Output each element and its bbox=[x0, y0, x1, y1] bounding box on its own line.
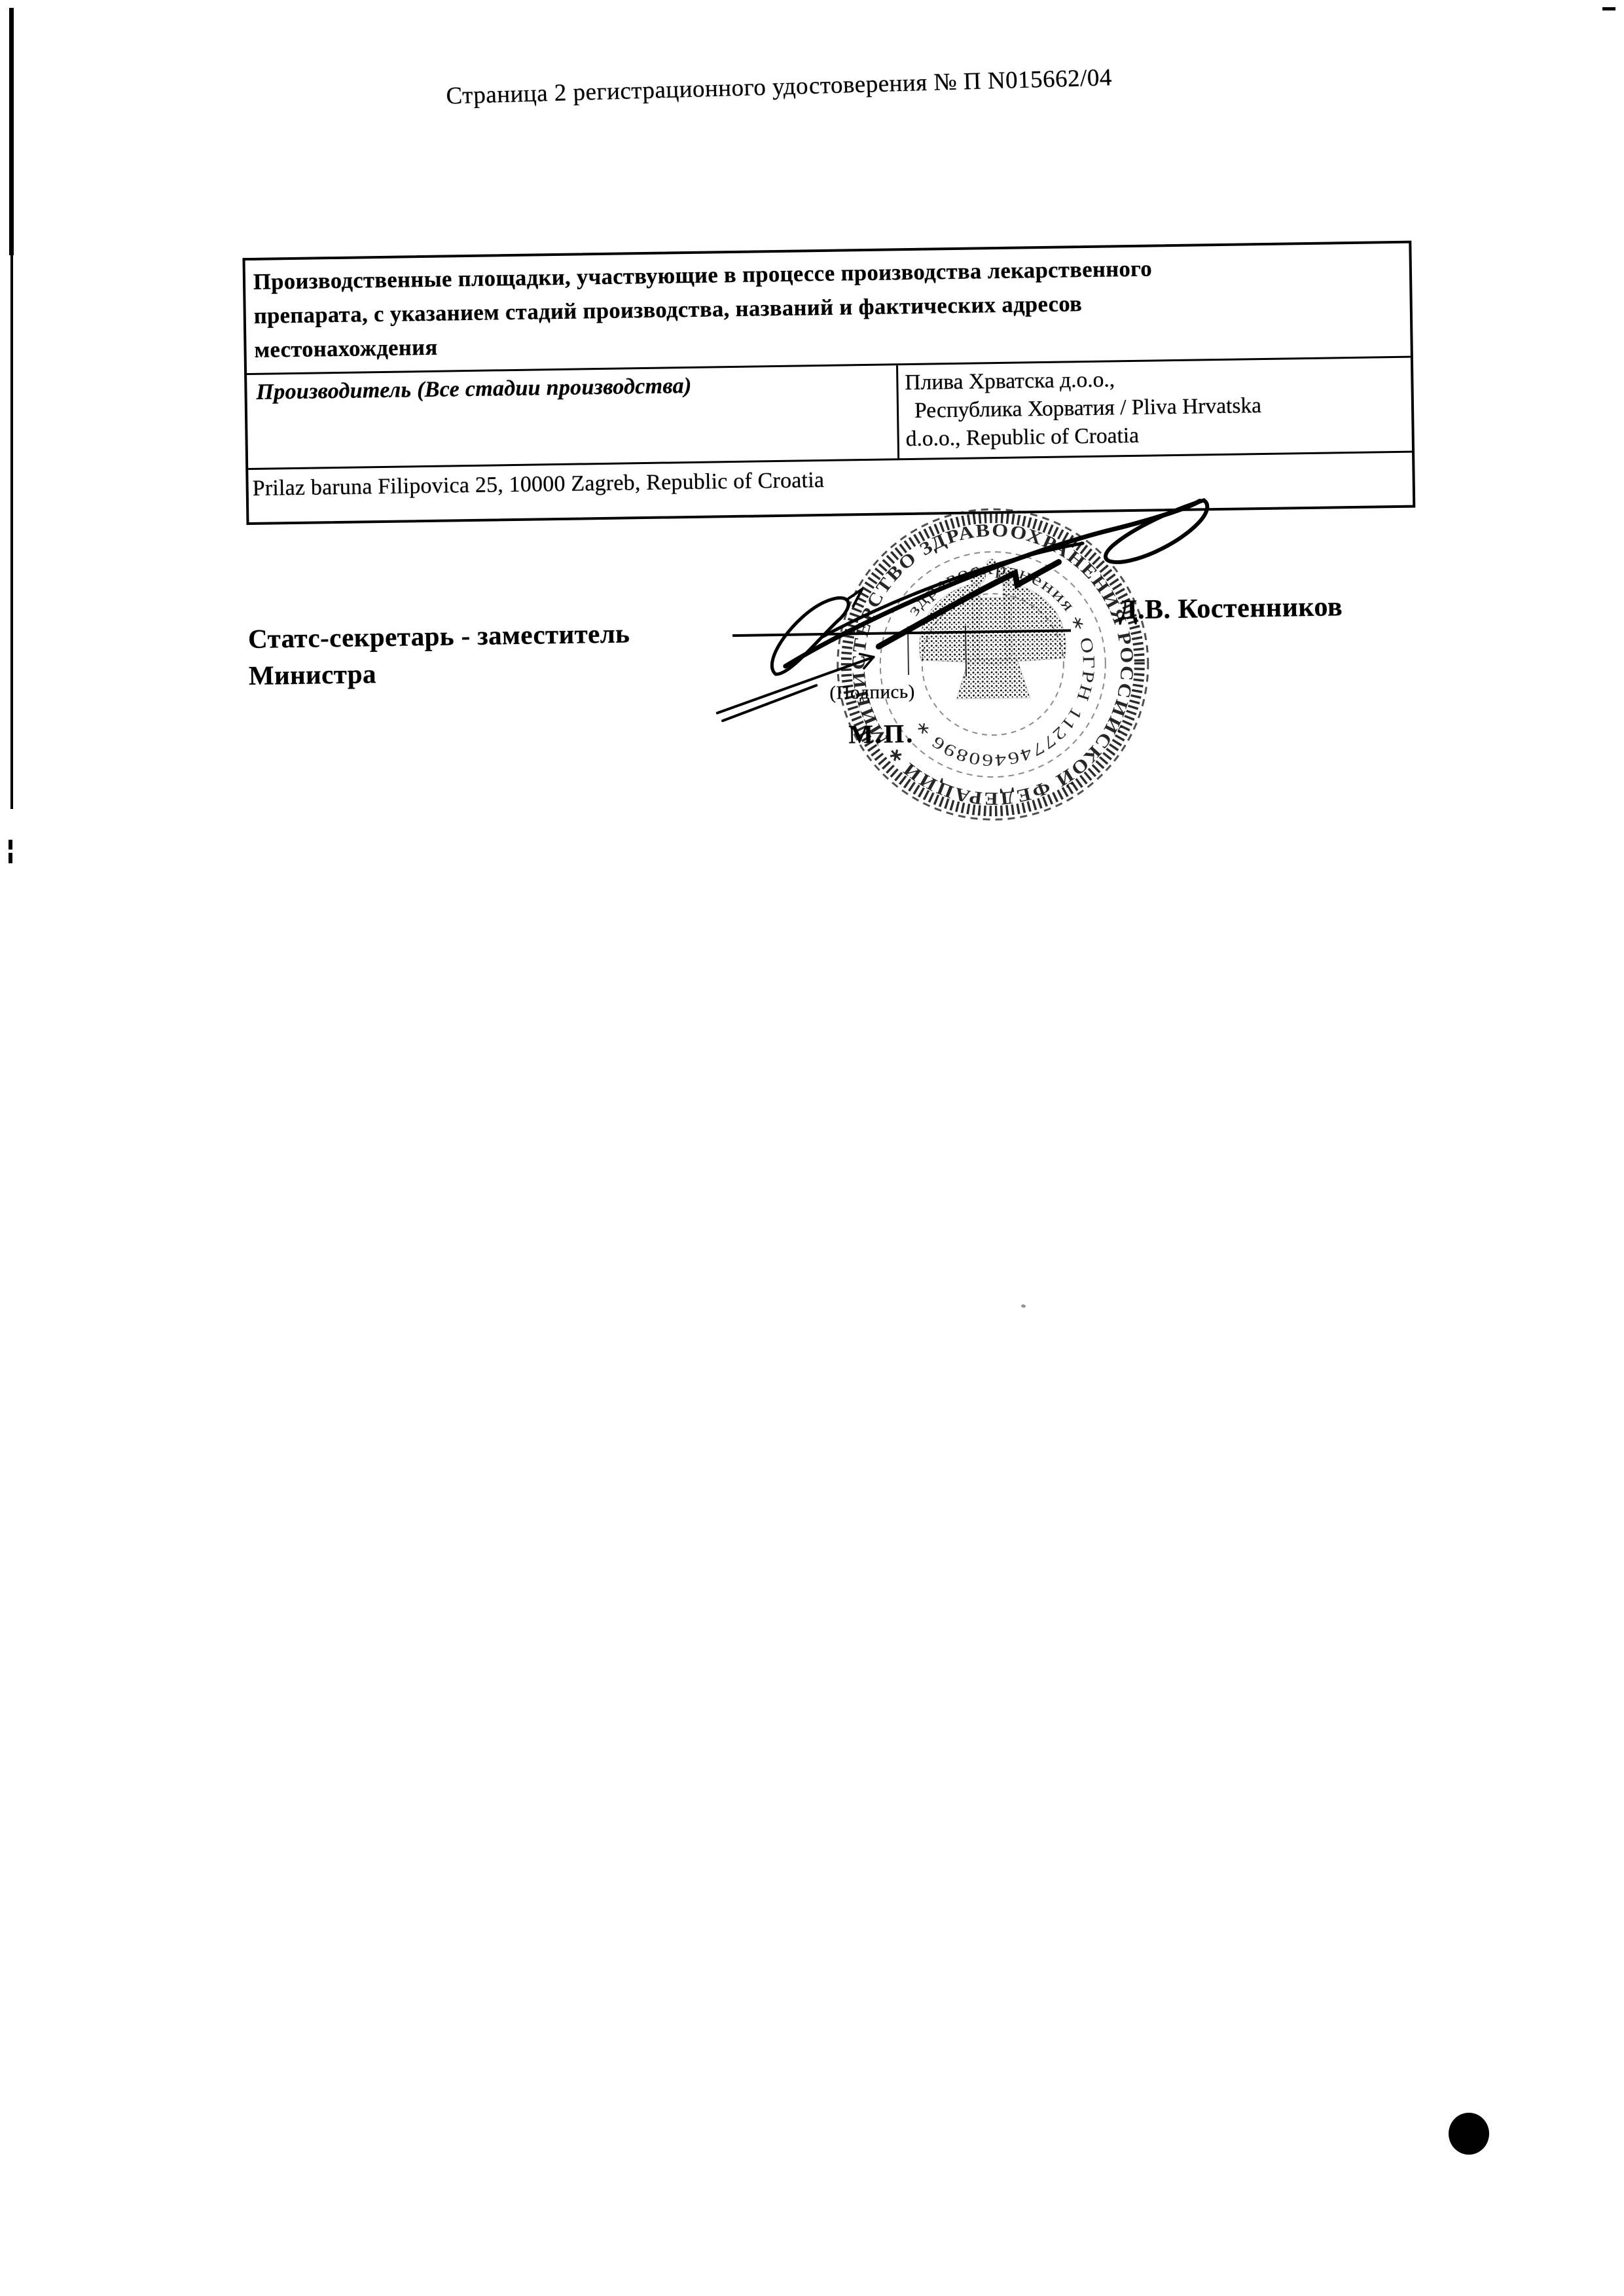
signatory-post: Статс-секретарь - заместитель Министра bbox=[248, 615, 631, 694]
ministry-round-stamp: МИНИСТЕРСТВО ЗДРАВООХРАНЕНИЯ РОССИЙСКОЙ … bbox=[793, 485, 1193, 844]
table-header-row: Производственные площадки, участвующие в… bbox=[245, 243, 1411, 375]
production-sites-table: Производственные площадки, участвующие в… bbox=[242, 241, 1415, 525]
scanned-document-content: Страница 2 регистрационного удостоверени… bbox=[0, 0, 1624, 2296]
page-title: Страница 2 регистрационного удостоверени… bbox=[446, 63, 1112, 110]
signatory-post-line: Статс-секретарь - заместитель bbox=[248, 615, 630, 657]
document-page: Страница 2 регистрационного удостоверени… bbox=[0, 0, 1624, 2296]
producer-label-cell: Производитель (Все стадии производства) bbox=[247, 365, 899, 468]
signatory-post-line: Министра bbox=[249, 651, 631, 694]
producer-row: Производитель (Все стадии производства) … bbox=[247, 358, 1412, 470]
producer-value-cell: Плива Хрватска д.о.о., Республика Хорват… bbox=[898, 358, 1412, 459]
